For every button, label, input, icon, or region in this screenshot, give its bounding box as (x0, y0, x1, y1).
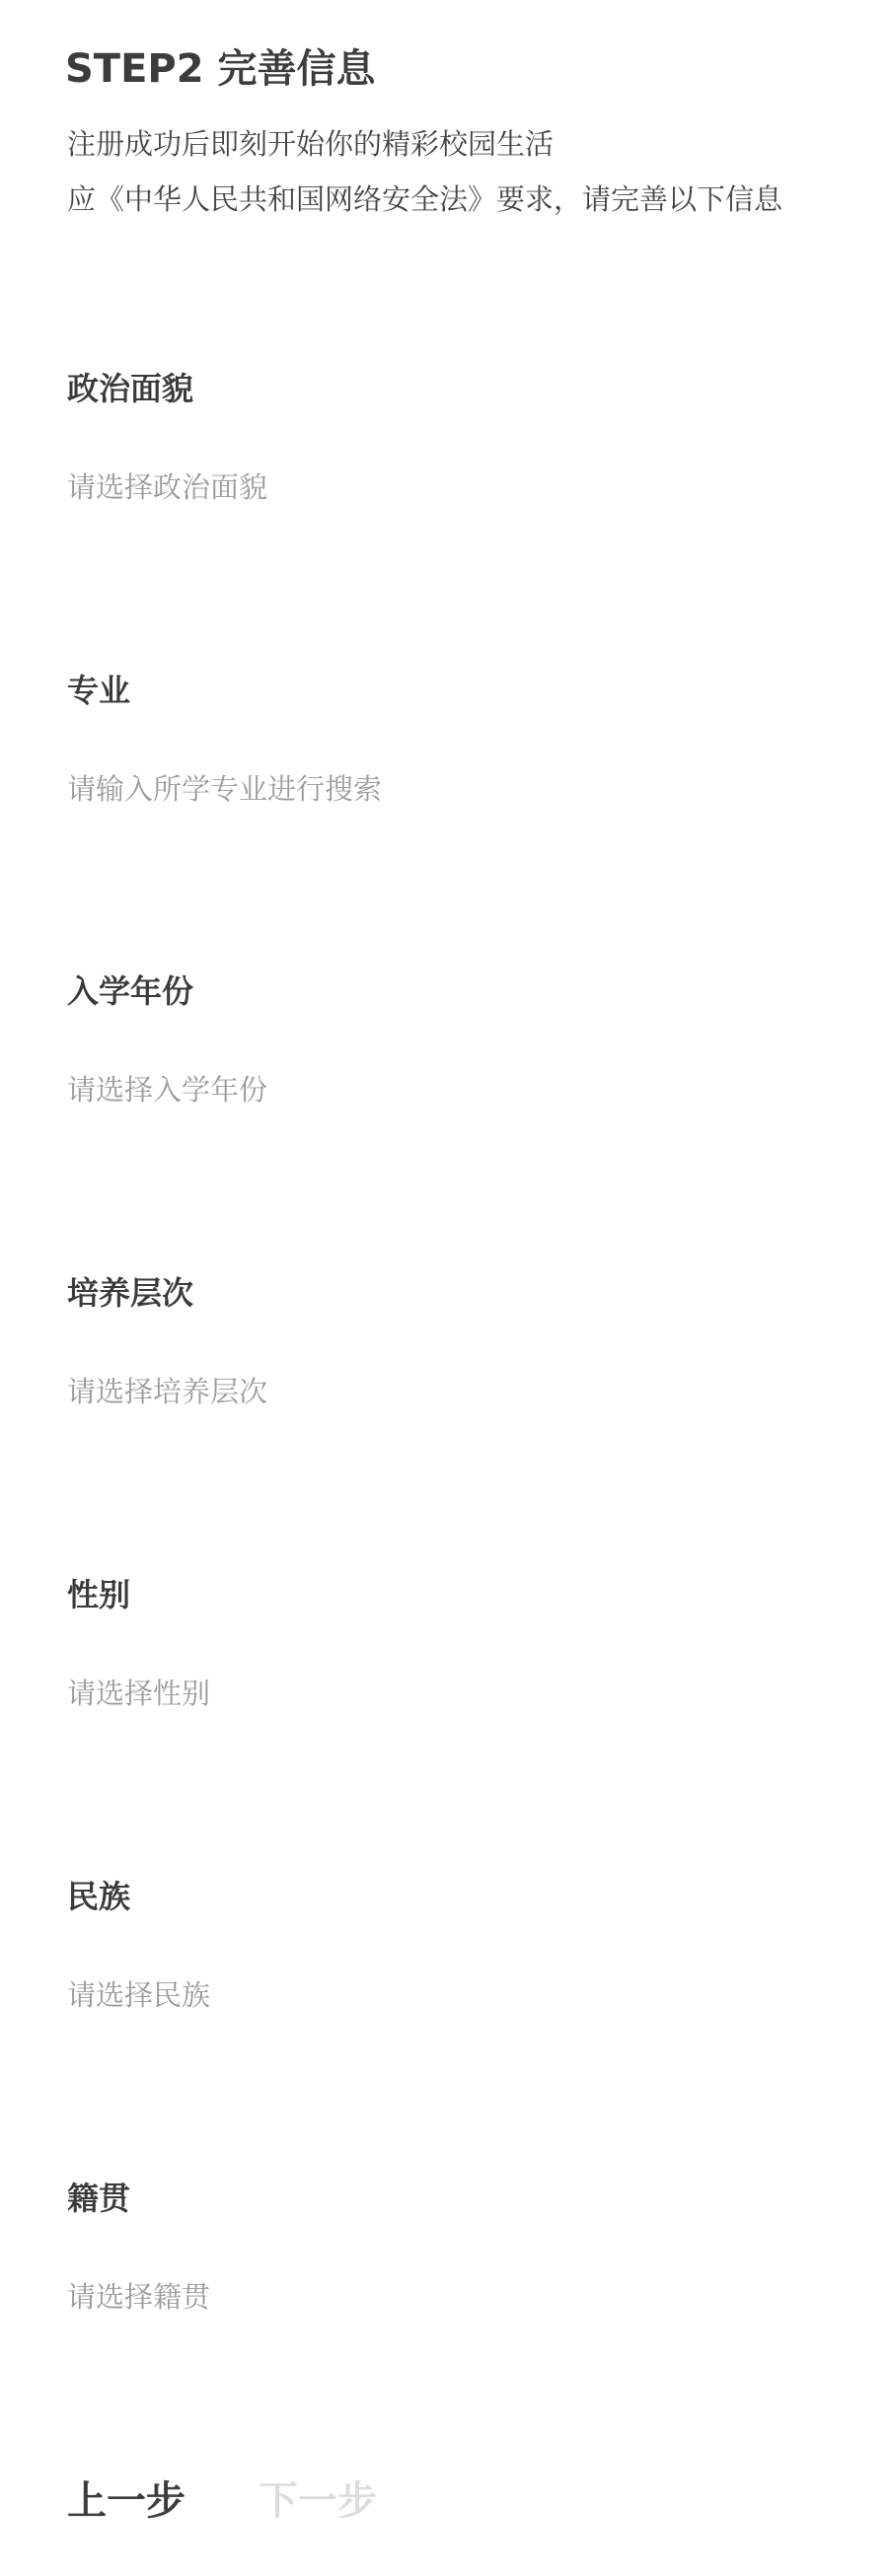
field-ethnicity: 民族 (67, 1875, 856, 2072)
field-major: 专业 (67, 669, 856, 866)
field-label: 入学年份 (67, 969, 193, 1013)
field-enrollment-year: 入学年份 (67, 969, 856, 1167)
field-label: 专业 (67, 669, 130, 712)
field-label: 政治面貌 (67, 367, 193, 410)
previous-step-button[interactable]: 上一步 (67, 2475, 185, 2527)
field-label: 籍贯 (67, 2177, 130, 2220)
field-gender: 性别 (67, 1573, 856, 1770)
ethnicity-input[interactable] (67, 1969, 837, 2021)
major-search-input[interactable] (67, 763, 837, 815)
page-title: STEP2 完善信息 (65, 43, 376, 95)
field-label: 民族 (67, 1875, 130, 1918)
native-place-input[interactable] (67, 2271, 837, 2323)
subtitle-line-2: 应《中华人民共和国网络安全法》要求，请完善以下信息 (67, 179, 782, 219)
field-education-level: 培养层次 (67, 1271, 856, 1468)
enrollment-year-input[interactable] (67, 1064, 837, 1115)
political-status-input[interactable] (67, 462, 837, 513)
field-label: 培养层次 (67, 1271, 193, 1315)
field-political-status: 政治面貌 (67, 367, 856, 564)
education-level-input[interactable] (67, 1366, 837, 1417)
field-label: 性别 (67, 1573, 130, 1616)
subtitle-line-1: 注册成功后即刻开始你的精彩校园生活 (67, 124, 554, 164)
field-native-place: 籍贯 (67, 2177, 856, 2374)
gender-input[interactable] (67, 1668, 837, 1719)
next-step-button[interactable]: 下一步 (259, 2475, 377, 2527)
